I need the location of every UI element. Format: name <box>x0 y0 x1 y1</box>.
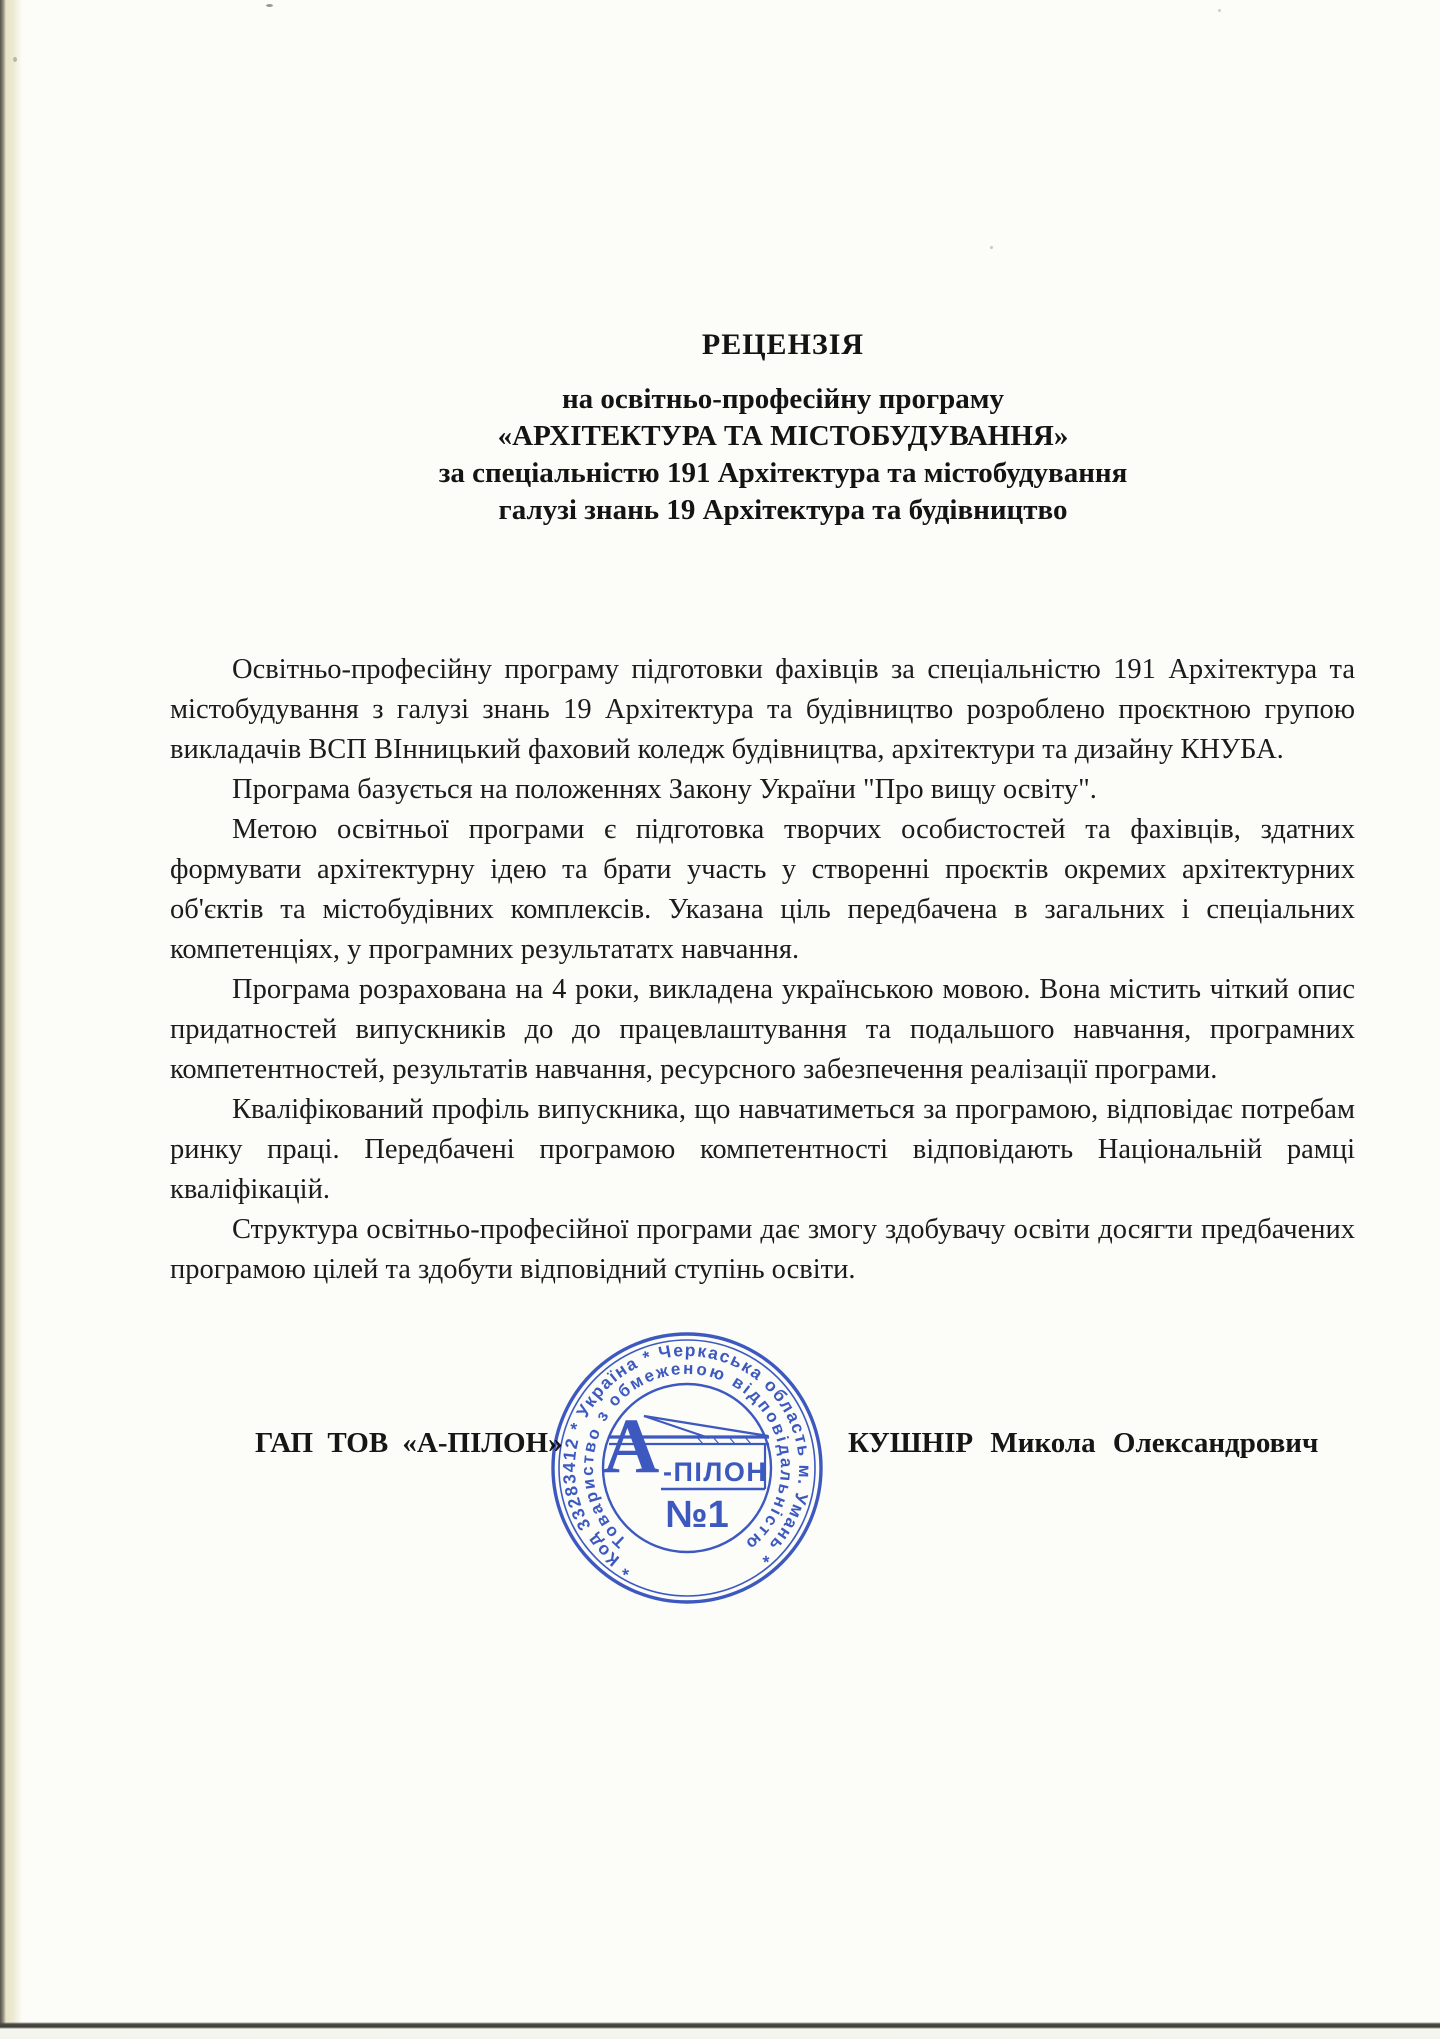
scan-bottom-edge <box>0 2022 1440 2039</box>
heading-line-program-name: «АРХІТЕКТУРА ТА МІСТОБУДУВАННЯ» <box>126 418 1440 455</box>
paragraph: Кваліфікований профіль випускника, що на… <box>170 1090 1355 1210</box>
crane-logo-word: -ПІЛОН <box>663 1457 767 1487</box>
document-heading: РЕЦЕНЗІЯ на освітньо-професійну програму… <box>0 326 1440 529</box>
paragraph: Освітньо-професійну програму підготовки … <box>170 650 1355 770</box>
review-body: Освітньо-професійну програму підготовки … <box>170 650 1355 1290</box>
stamp-number: №1 <box>665 1494 729 1536</box>
paragraph: Програма розрахована на 4 роки, викладен… <box>170 970 1355 1090</box>
heading-line-field: галузі знань 19 Архітектура та будівницт… <box>126 492 1440 529</box>
heading-line-program: на освітньо-професійну програму <box>126 381 1440 418</box>
scan-left-edge <box>0 0 22 2039</box>
stamp-crane-logo: А -ПІЛОН №1 <box>603 1402 769 1536</box>
scan-speck <box>990 246 993 249</box>
scan-speck <box>13 57 17 62</box>
crane-letter-a: А <box>603 1402 659 1489</box>
company-round-stamp: * Код 33283412 * Україна * Черкаська обл… <box>547 1328 827 1608</box>
scanned-review-page: РЕЦЕНЗІЯ на освітньо-професійну програму… <box>0 0 1440 2039</box>
paragraph: Програма базується на положеннях Закону … <box>170 770 1355 810</box>
scan-speck <box>1218 9 1221 12</box>
signature-name-label: КУШНІР Микола Олександрович <box>848 1427 1318 1460</box>
paragraph: Структура освітньо-професійної програми … <box>170 1210 1355 1290</box>
page-title: РЕЦЕНЗІЯ <box>126 326 1440 363</box>
paragraph: Метою освітньої програми є підготовка тв… <box>170 810 1355 970</box>
heading-line-specialty: за спеціальністю 191 Архітектура та міст… <box>126 455 1440 492</box>
signature-role-label: ГАП ТОВ «А-ПІЛОН» <box>255 1427 563 1460</box>
scan-speck <box>266 4 273 7</box>
